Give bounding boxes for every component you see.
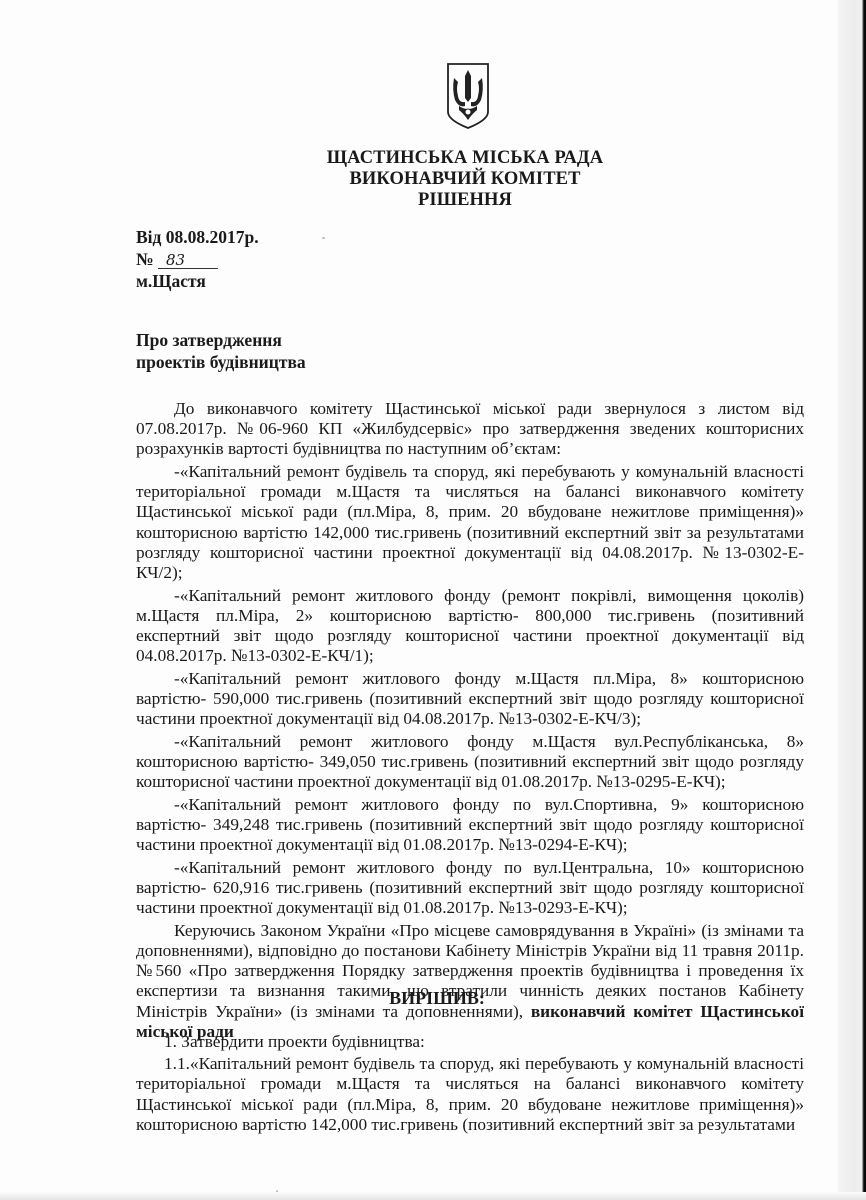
project-item: -«Капітальний ремонт житлового фонду по … (136, 795, 804, 856)
document-meta: Від 08.08.2017р. № 83 м.Щастя (136, 226, 259, 292)
scan-edge (838, 0, 866, 1200)
document-header: ЩАСТИНСЬКА МІСЬКА РАДА ВИКОНАВЧИЙ КОМІТЕ… (300, 148, 630, 211)
document-page: ЩАСТИНСЬКА МІСЬКА РАДА ВИКОНАВЧИЙ КОМІТЕ… (0, 0, 838, 1200)
decision-point-1-1: 1.1.«Капітальний ремонт будівель та спор… (136, 1054, 804, 1135)
coat-of-arms-icon (446, 62, 490, 130)
project-item: -«Капітальний ремонт житлового фонду по … (136, 858, 804, 919)
scan-speck (322, 237, 325, 239)
decision-date: Від 08.08.2017р. (136, 226, 259, 248)
council-name: ЩАСТИНСЬКА МІСЬКА РАДА (300, 148, 630, 169)
number-value: 83 (158, 252, 218, 269)
subject-line-2: проектів будівництва (136, 351, 306, 373)
document-body: До виконавчого комітету Щастинської місь… (136, 399, 804, 1044)
decision-title: ВИРІШИВ: (0, 988, 838, 1009)
legal-basis-paragraph: Керуючись Законом України «Про місцеве с… (136, 921, 804, 1042)
document-type: РІШЕННЯ (300, 190, 630, 211)
scan-speck (371, 993, 373, 998)
decision-number: № 83 (136, 248, 259, 270)
city: м.Щастя (136, 270, 259, 292)
project-item: -«Капітальний ремонт житлового фонду (ре… (136, 586, 804, 667)
project-item: -«Капітальний ремонт житлового фонду м.Щ… (136, 669, 804, 730)
project-item: -«Капітальний ремонт житлового фонду м.Щ… (136, 732, 804, 793)
number-label: № (136, 249, 154, 269)
decision-body: 1. Затвердити проекти будівництва: 1.1.«… (136, 1032, 804, 1137)
subject-line-1: Про затвердження (136, 329, 306, 351)
committee-name: ВИКОНАВЧИЙ КОМІТЕТ (300, 169, 630, 190)
intro-paragraph: До виконавчого комітету Щастинської місь… (136, 399, 804, 460)
scan-bottom-edge (0, 1192, 866, 1200)
project-item: -«Капітальний ремонт будівель та споруд,… (136, 462, 804, 583)
decision-point-1: 1. Затвердити проекти будівництва: (136, 1032, 804, 1052)
document-subject: Про затвердження проектів будівництва (136, 329, 306, 373)
